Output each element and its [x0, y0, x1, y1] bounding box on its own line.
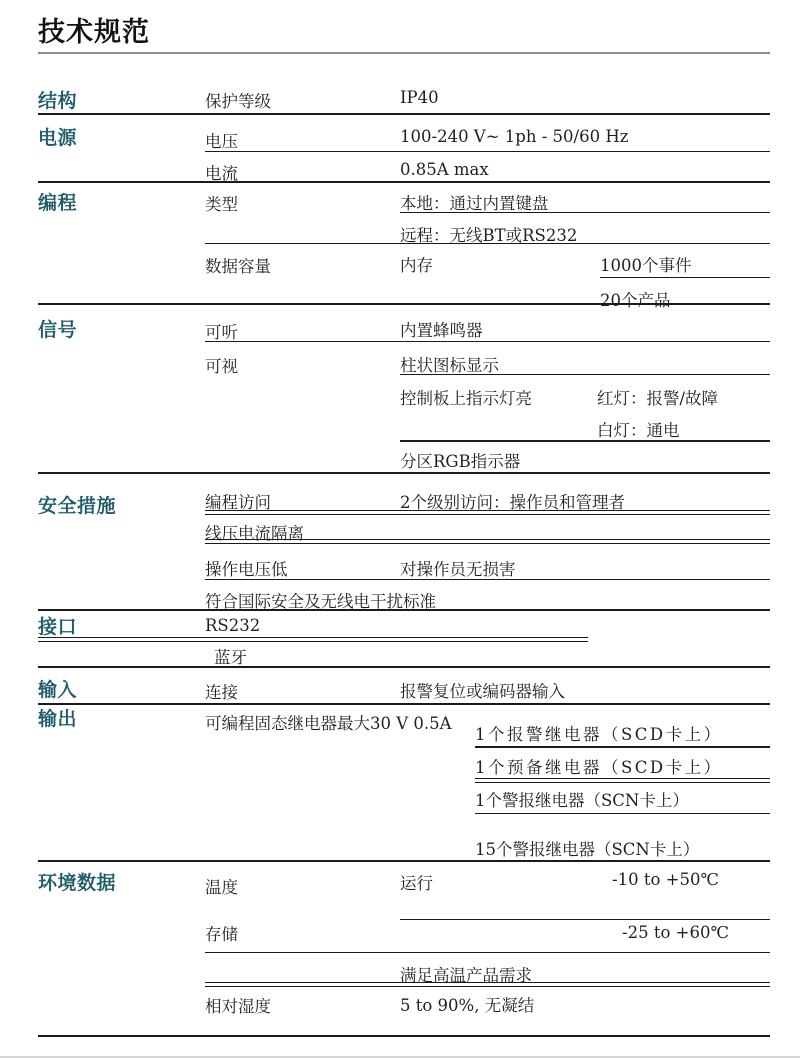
row-divider [475, 778, 770, 783]
row-divider [205, 510, 770, 515]
row-divider [400, 212, 770, 213]
section-divider [38, 666, 770, 668]
section-divider [38, 609, 770, 611]
spec-sheet-page: 技术规范 结构 保护等级 IP40 电源 电压 100-240 V~ 1ph -… [0, 0, 800, 1058]
visual-label: 可视 [205, 353, 238, 377]
rgb-indicator-value: 分区RGB指示器 [400, 448, 520, 472]
led-red-value: 红灯：报警/故障 [597, 385, 718, 409]
row-divider [205, 539, 770, 544]
section-divider [38, 860, 770, 862]
connection-value: 报警复位或编码器输入 [400, 678, 565, 702]
voltage-label: 电压 [205, 128, 238, 152]
protection-grade-value: IP40 [400, 88, 439, 107]
protection-grade-label: 保护等级 [205, 88, 271, 112]
operating-label: 运行 [400, 870, 433, 894]
section-input-label: 输入 [38, 675, 77, 702]
programming-type-label: 类型 [205, 191, 238, 215]
section-structure-label: 结构 [38, 86, 77, 113]
row-divider [400, 919, 770, 920]
data-capacity-label: 数据容量 [205, 253, 271, 277]
row-divider [205, 579, 770, 580]
row-divider [205, 151, 770, 152]
connection-label: 连接 [205, 679, 238, 703]
section-power-label: 电源 [38, 123, 77, 150]
memory-events-value: 1000个事件 [600, 252, 692, 276]
row-divider [205, 952, 770, 953]
relay-alert-scn-value: 1个警报继电器（SCN卡上） [475, 787, 689, 811]
humidity-value: 5 to 90%, 无凝结 [400, 992, 534, 1016]
current-value: 0.85A max [400, 160, 489, 179]
led-white-value: 白灯：通电 [597, 417, 680, 441]
programming-type-local: 本地：通过内置键盘 [400, 190, 549, 214]
row-divider [600, 277, 770, 278]
row-divider [38, 637, 588, 642]
panel-leds-label: 控制板上指示灯亮 [400, 385, 532, 409]
section-divider [38, 181, 770, 183]
low-voltage-label: 操作电压低 [205, 556, 288, 580]
operating-temp-value: -10 to +50℃ [612, 870, 719, 889]
memory-products-value: 20个产品 [600, 287, 671, 311]
visual-bar-value: 柱状图标显示 [400, 352, 499, 376]
audible-value: 内置蜂鸣器 [400, 317, 483, 341]
table-bottom-rule [38, 1035, 770, 1037]
voltage-value: 100-240 V~ 1ph - 50/60 Hz [400, 127, 628, 146]
storage-temp-value: -25 to +60℃ [622, 923, 729, 942]
row-divider [205, 243, 770, 244]
page-title: 技术规范 [38, 10, 150, 49]
row-divider [475, 746, 770, 748]
memory-label: 内存 [400, 252, 433, 276]
section-environment-label: 环境数据 [38, 868, 116, 895]
section-output-label: 输出 [38, 704, 77, 731]
row-divider [400, 440, 770, 442]
storage-label: 存储 [205, 921, 238, 945]
relay-spec-value: 可编程固态继电器最大30 V 0.5A [205, 710, 452, 734]
humidity-label: 相对湿度 [205, 993, 271, 1017]
section-divider [38, 472, 770, 474]
rs232-value: RS232 [205, 616, 260, 635]
row-divider [475, 813, 770, 814]
temperature-label: 温度 [205, 874, 238, 898]
audible-label: 可听 [205, 319, 238, 343]
relay-alert15-scn-value: 15个警报继电器（SCN卡上） [475, 836, 699, 860]
section-signal-label: 信号 [38, 315, 77, 342]
section-interface-label: 接口 [38, 612, 77, 639]
section-programming-label: 编程 [38, 188, 77, 215]
relay-alarm-scd-value: 1个报警继电器（SCD卡上） [475, 721, 723, 745]
row-divider [205, 982, 770, 987]
section-divider [38, 303, 770, 305]
row-divider [205, 341, 770, 342]
section-safety-label: 安全措施 [38, 491, 116, 518]
bluetooth-value: 蓝牙 [214, 644, 247, 668]
row-divider [400, 374, 770, 375]
section-divider [38, 113, 770, 115]
relay-standby-scd-value: 1个预备继电器（SCD卡上） [475, 754, 723, 778]
title-rule [38, 52, 770, 54]
low-voltage-value: 对操作员无损害 [400, 556, 516, 580]
section-divider [38, 703, 770, 705]
